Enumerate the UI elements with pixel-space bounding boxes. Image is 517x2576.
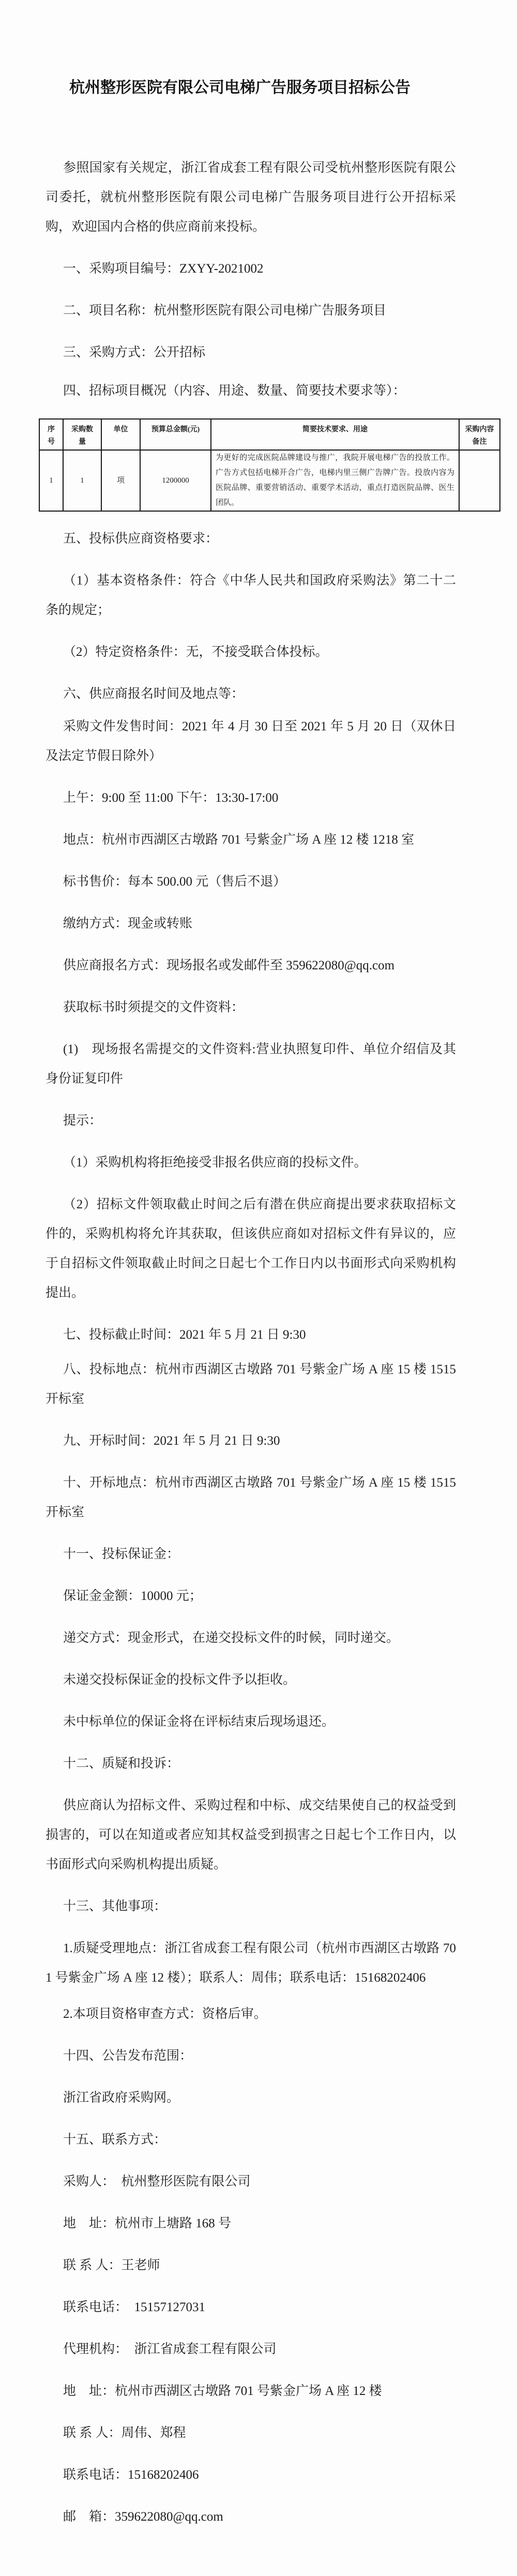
- cell-budget: 1200000: [140, 450, 211, 511]
- table-row: 1 1 项 1200000 为更好的完成医院品牌建设与推广，我院开展电梯广告的投…: [39, 450, 500, 511]
- buyer-name: 采购人： 杭州整形医院有限公司: [45, 2167, 456, 2196]
- section-2-project-name: 二、项目名称：杭州整形医院有限公司电梯广告服务项目: [45, 296, 456, 325]
- buyer-phone: 联系电话： 15157127031: [45, 2293, 456, 2322]
- agent-address: 地 址：杭州市西湖区古墩路 701 号紫金广场 A 座 12 楼: [45, 2376, 456, 2406]
- complaint-paragraph: 供应商认为招标文件、采购过程和中标、成交结果使自己的权益受到损害的，可以在知道或…: [45, 1791, 456, 1879]
- section-13-other-matters: 十三、其他事项：: [45, 1892, 456, 1921]
- section-1-project-number: 一、采购项目编号：ZXYY-2021002: [45, 254, 456, 283]
- deposit-submit-method: 递交方式：现金形式，在递交投标文件的时候，同时递交。: [45, 1623, 456, 1653]
- section-8-bid-place: 八、投标地点：杭州市西湖区古墩路 701 号紫金广场 A 座 15 楼 1515…: [45, 1355, 456, 1414]
- col-header-note: 采购内容备注: [459, 419, 500, 450]
- section-15-contact-info: 十五、联系方式：: [45, 2125, 456, 2154]
- cell-note: [459, 450, 500, 511]
- signup-method: 供应商报名方式：现场报名或发邮件至 359622080@qq.com: [45, 951, 456, 980]
- buyer-contact-person: 联 系 人：王老师: [45, 2251, 456, 2280]
- cell-seq: 1: [39, 450, 63, 511]
- section-5-supplier-qualification: 五、投标供应商资格要求：: [45, 524, 456, 553]
- payment-method: 缴纳方式：现金或转账: [45, 909, 456, 938]
- business-hours: 上午：9:00 至 11:00 下午：13:30-17:00: [45, 783, 456, 813]
- section-6-signup-time-place: 六、供应商报名时间及地点等：: [45, 679, 456, 709]
- tips-heading: 提示：: [45, 1106, 456, 1135]
- agent-contact-person: 联 系 人：周伟、郑程: [45, 2418, 456, 2448]
- other-matter-1: 1.质疑受理地点：浙江省成套工程有限公司（杭州市西湖区古墩路 701 号紫金广场…: [45, 1934, 456, 1993]
- section-4-project-overview: 四、招标项目概况（内容、用途、数量、简要技术要求等）：: [45, 376, 456, 406]
- project-overview-table: 序号 采购数量 单位 预算总金额(元) 简要技术要求、用途 采购内容备注 1 1…: [39, 418, 500, 512]
- section-7-bid-deadline: 七、投标截止时间：2021 年 5 月 21 日 9:30: [45, 1320, 456, 1350]
- deposit-amount: 保证金金额：10000 元；: [45, 1581, 456, 1611]
- agent-email: 邮 箱：359622080@qq.com: [45, 2502, 456, 2532]
- cell-qty: 1: [63, 450, 101, 511]
- document-sale-place: 地点：杭州市西湖区古墩路 701 号紫金广场 A 座 12 楼 1218 室: [45, 825, 456, 855]
- documents-required-heading: 获取标书时须提交的文件资料：: [45, 993, 456, 1022]
- col-header-unit: 单位: [101, 419, 140, 450]
- col-header-seq: 序号: [39, 419, 63, 450]
- tip-1: （1）采购机构将拒绝接受非报名供应商的投标文件。: [45, 1148, 456, 1177]
- col-header-qty: 采购数量: [63, 419, 101, 450]
- announcement-scope: 浙江省政府采购网。: [45, 2083, 456, 2113]
- document-price: 标书售价：每本 500.00 元（售后不退）: [45, 867, 456, 896]
- cell-requirements: 为更好的完成医院品牌建设与推广，我院开展电梯广告的投放工作。广告方式包括电梯开合…: [211, 450, 459, 511]
- document-sale-time: 采购文件发售时间：2021 年 4 月 30 日至 2021 年 5 月 20 …: [45, 712, 456, 771]
- deposit-refund-note: 未中标单位的保证金将在评标结束后现场退还。: [45, 1707, 456, 1736]
- document-page: 杭州整形医院有限公司电梯广告服务项目招标公告 参照国家有关规定，浙江省成套工程有…: [0, 0, 517, 2532]
- col-header-budget: 预算总金额(元): [140, 419, 211, 450]
- qualification-specific: （2）特定资格条件：无，不接受联合体投标。: [45, 637, 456, 667]
- other-matter-2: 2.本项目资格审查方式：资格后审。: [45, 1999, 456, 2029]
- deposit-reject-note: 未递交投标保证金的投标文件予以拒收。: [45, 1665, 456, 1695]
- agent-phone: 联系电话：15168202406: [45, 2460, 456, 2490]
- section-9-opening-time: 九、开标时间：2021 年 5 月 21 日 9:30: [45, 1426, 456, 1456]
- documents-required-detail: (1) 现场报名需提交的文件资料:营业执照复印件、单位介绍信及其身份证复印件: [45, 1035, 456, 1094]
- section-10-opening-place: 十、开标地点：杭州市西湖区古墩路 701 号紫金广场 A 座 15 楼 1515…: [45, 1468, 456, 1527]
- page-title: 杭州整形医院有限公司电梯广告服务项目招标公告: [69, 0, 517, 103]
- section-3-procurement-method: 三、采购方式：公开招标: [45, 338, 456, 367]
- cell-unit: 项: [101, 450, 140, 511]
- section-14-announcement-scope: 十四、公告发布范围：: [45, 2041, 456, 2071]
- buyer-address: 地 址：杭州市上塘路 168 号: [45, 2209, 456, 2238]
- section-11-bid-deposit: 十一、投标保证金：: [45, 1539, 456, 1569]
- table-header-row: 序号 采购数量 单位 预算总金额(元) 简要技术要求、用途 采购内容备注: [39, 419, 500, 450]
- qualification-basic: （1）基本资格条件：符合《中华人民共和国政府采购法》第二十二条的规定；: [45, 566, 456, 625]
- section-12-query-complaint: 十二、质疑和投诉：: [45, 1749, 456, 1778]
- intro-paragraph: 参照国家有关规定，浙江省成套工程有限公司受杭州整形医院有限公司委托，就杭州整形医…: [45, 153, 456, 242]
- tip-2: （2）招标文件领取截止时间之后有潜在供应商提出要求获取招标文件的，采购机构将允许…: [45, 1190, 456, 1308]
- agent-name: 代理机构： 浙江省成套工程有限公司: [45, 2334, 456, 2364]
- col-header-requirements: 简要技术要求、用途: [211, 419, 459, 450]
